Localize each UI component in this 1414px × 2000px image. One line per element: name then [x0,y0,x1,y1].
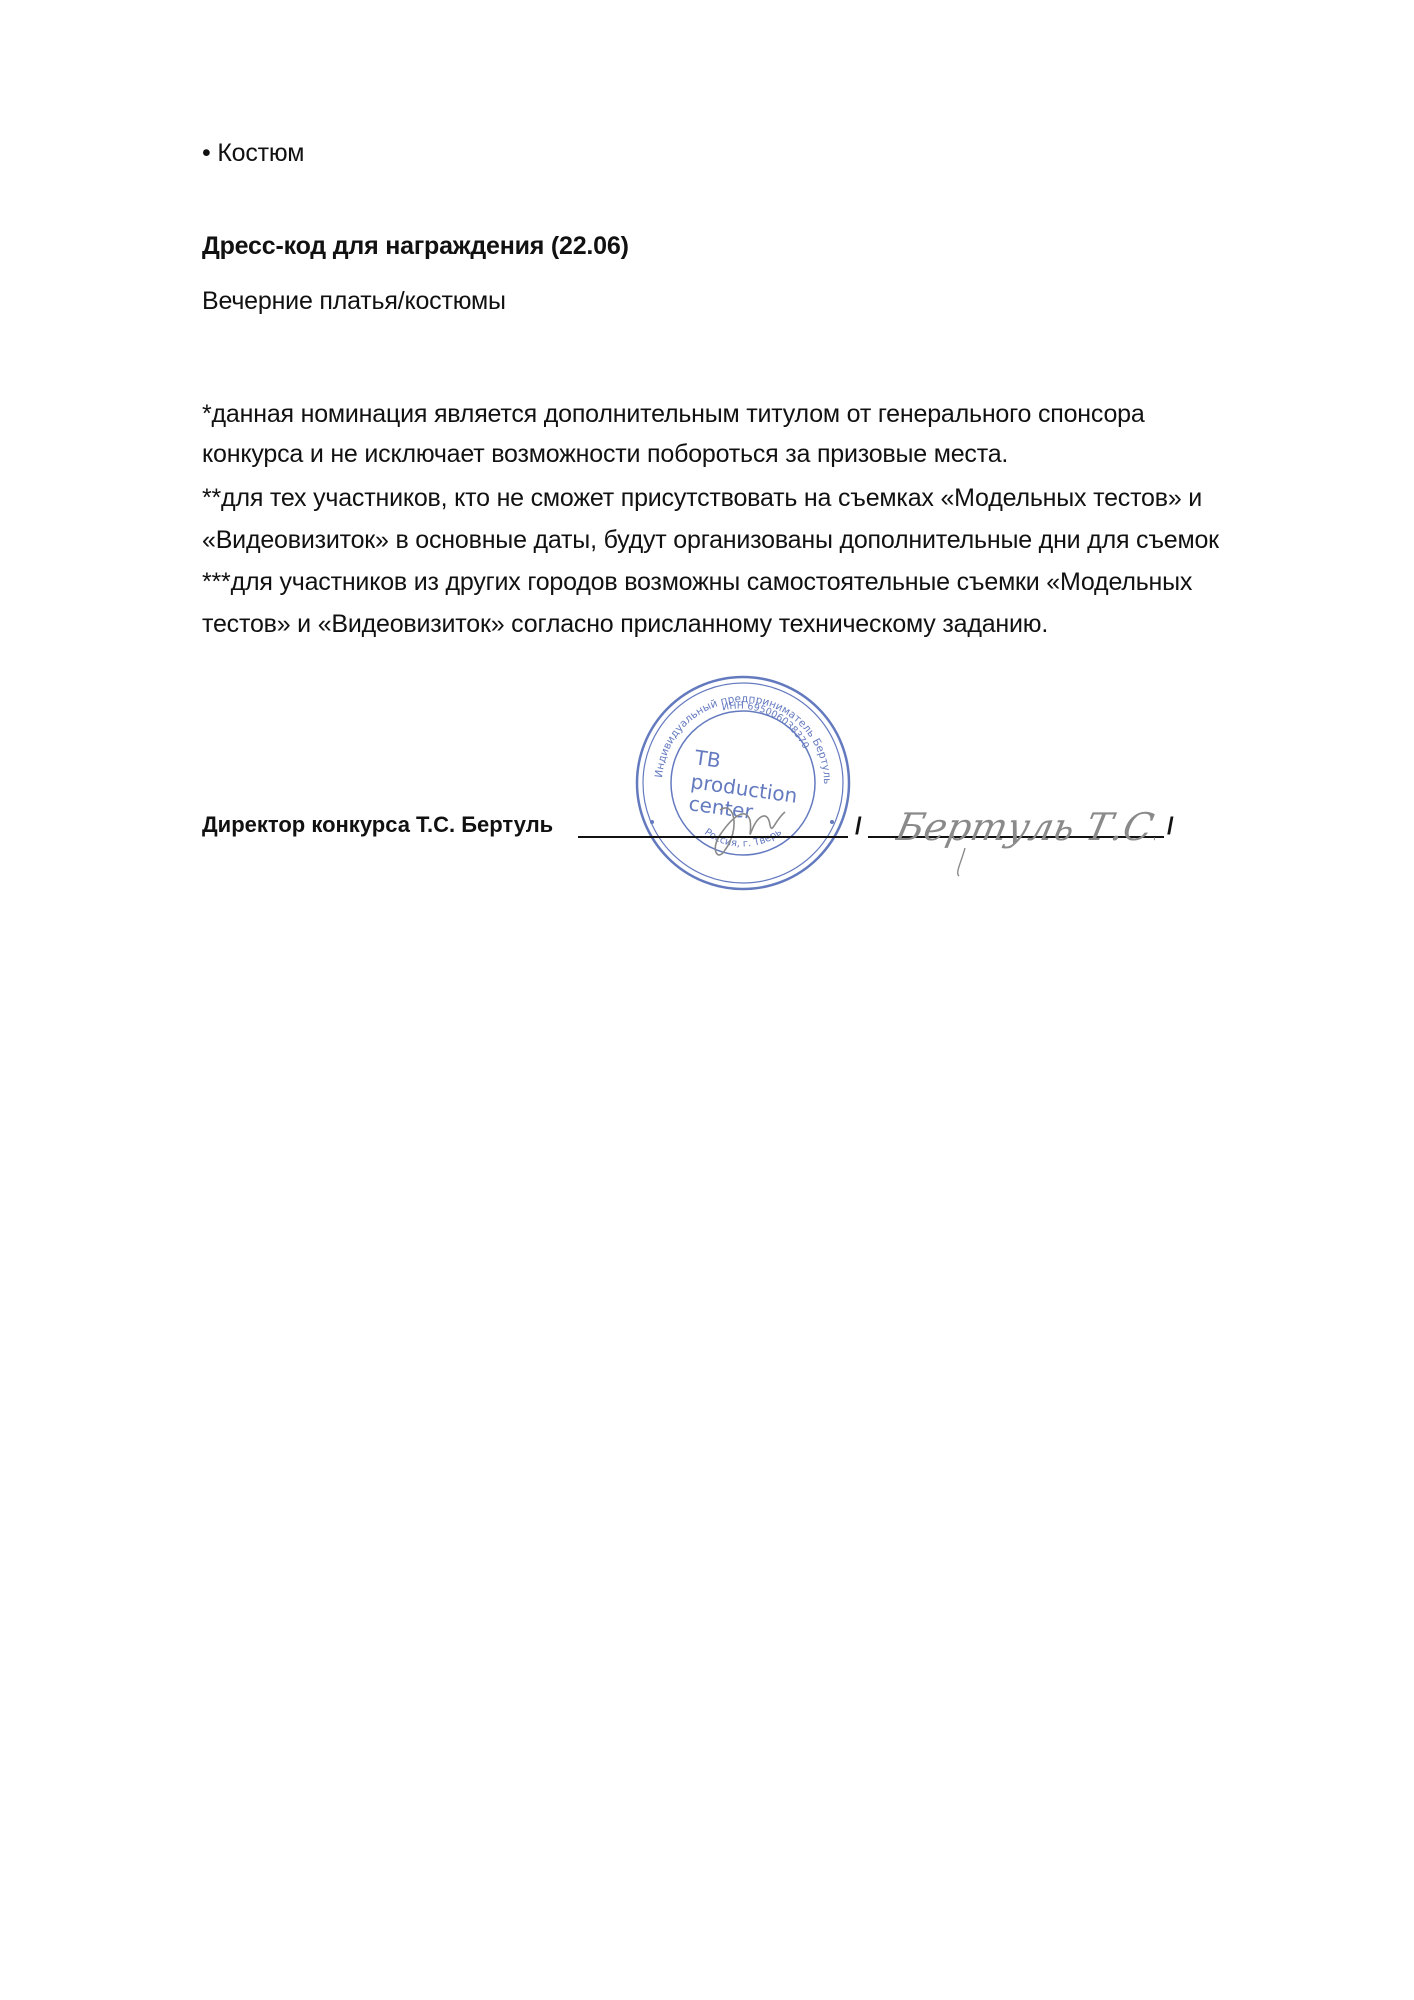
svg-text:Индивидуальный предприниматель: Индивидуальный предприниматель Бертуль Т… [632,672,833,784]
svg-text:Бертуль Т.С.: Бертуль Т.С. [895,805,1155,850]
signature-separator: / [855,812,862,842]
bullet-item-text: Костюм [217,139,304,167]
signature-closing: / [1167,812,1174,842]
bullet-list-item: • Костюм [202,133,304,173]
bullet-icon: • [202,139,211,167]
signature-underline [578,836,848,838]
footnote-2-line-2: «Видеовизиток» в основные даты, будут ор… [202,520,1219,560]
footnote-3-line-2: тестов» и «Видеовизиток» согласно присла… [202,604,1048,644]
document-page: • Костюм Дресс-код для награждения (22.0… [0,0,1414,2000]
initials-scribble-icon [690,790,800,870]
footnote-1-line-2: конкурса и не исключает возможности побо… [202,434,1008,474]
dress-code-value: Вечерние платья/костюмы [202,281,506,321]
footnote-3-line-1: ***для участников из других городов возм… [202,562,1192,602]
signature-label: Директор конкурса Т.С. Бертуль [202,810,553,840]
handwritten-signature-icon: Бертуль Т.С. [895,788,1155,878]
svg-text:TB: TB [692,745,722,773]
footnote-2-line-1: **для тех участников, кто не сможет прис… [202,478,1202,518]
dress-code-heading: Дресс-код для награждения (22.06) [202,226,629,266]
footnote-1-line-1: *данная номинация является дополнительны… [202,394,1145,434]
